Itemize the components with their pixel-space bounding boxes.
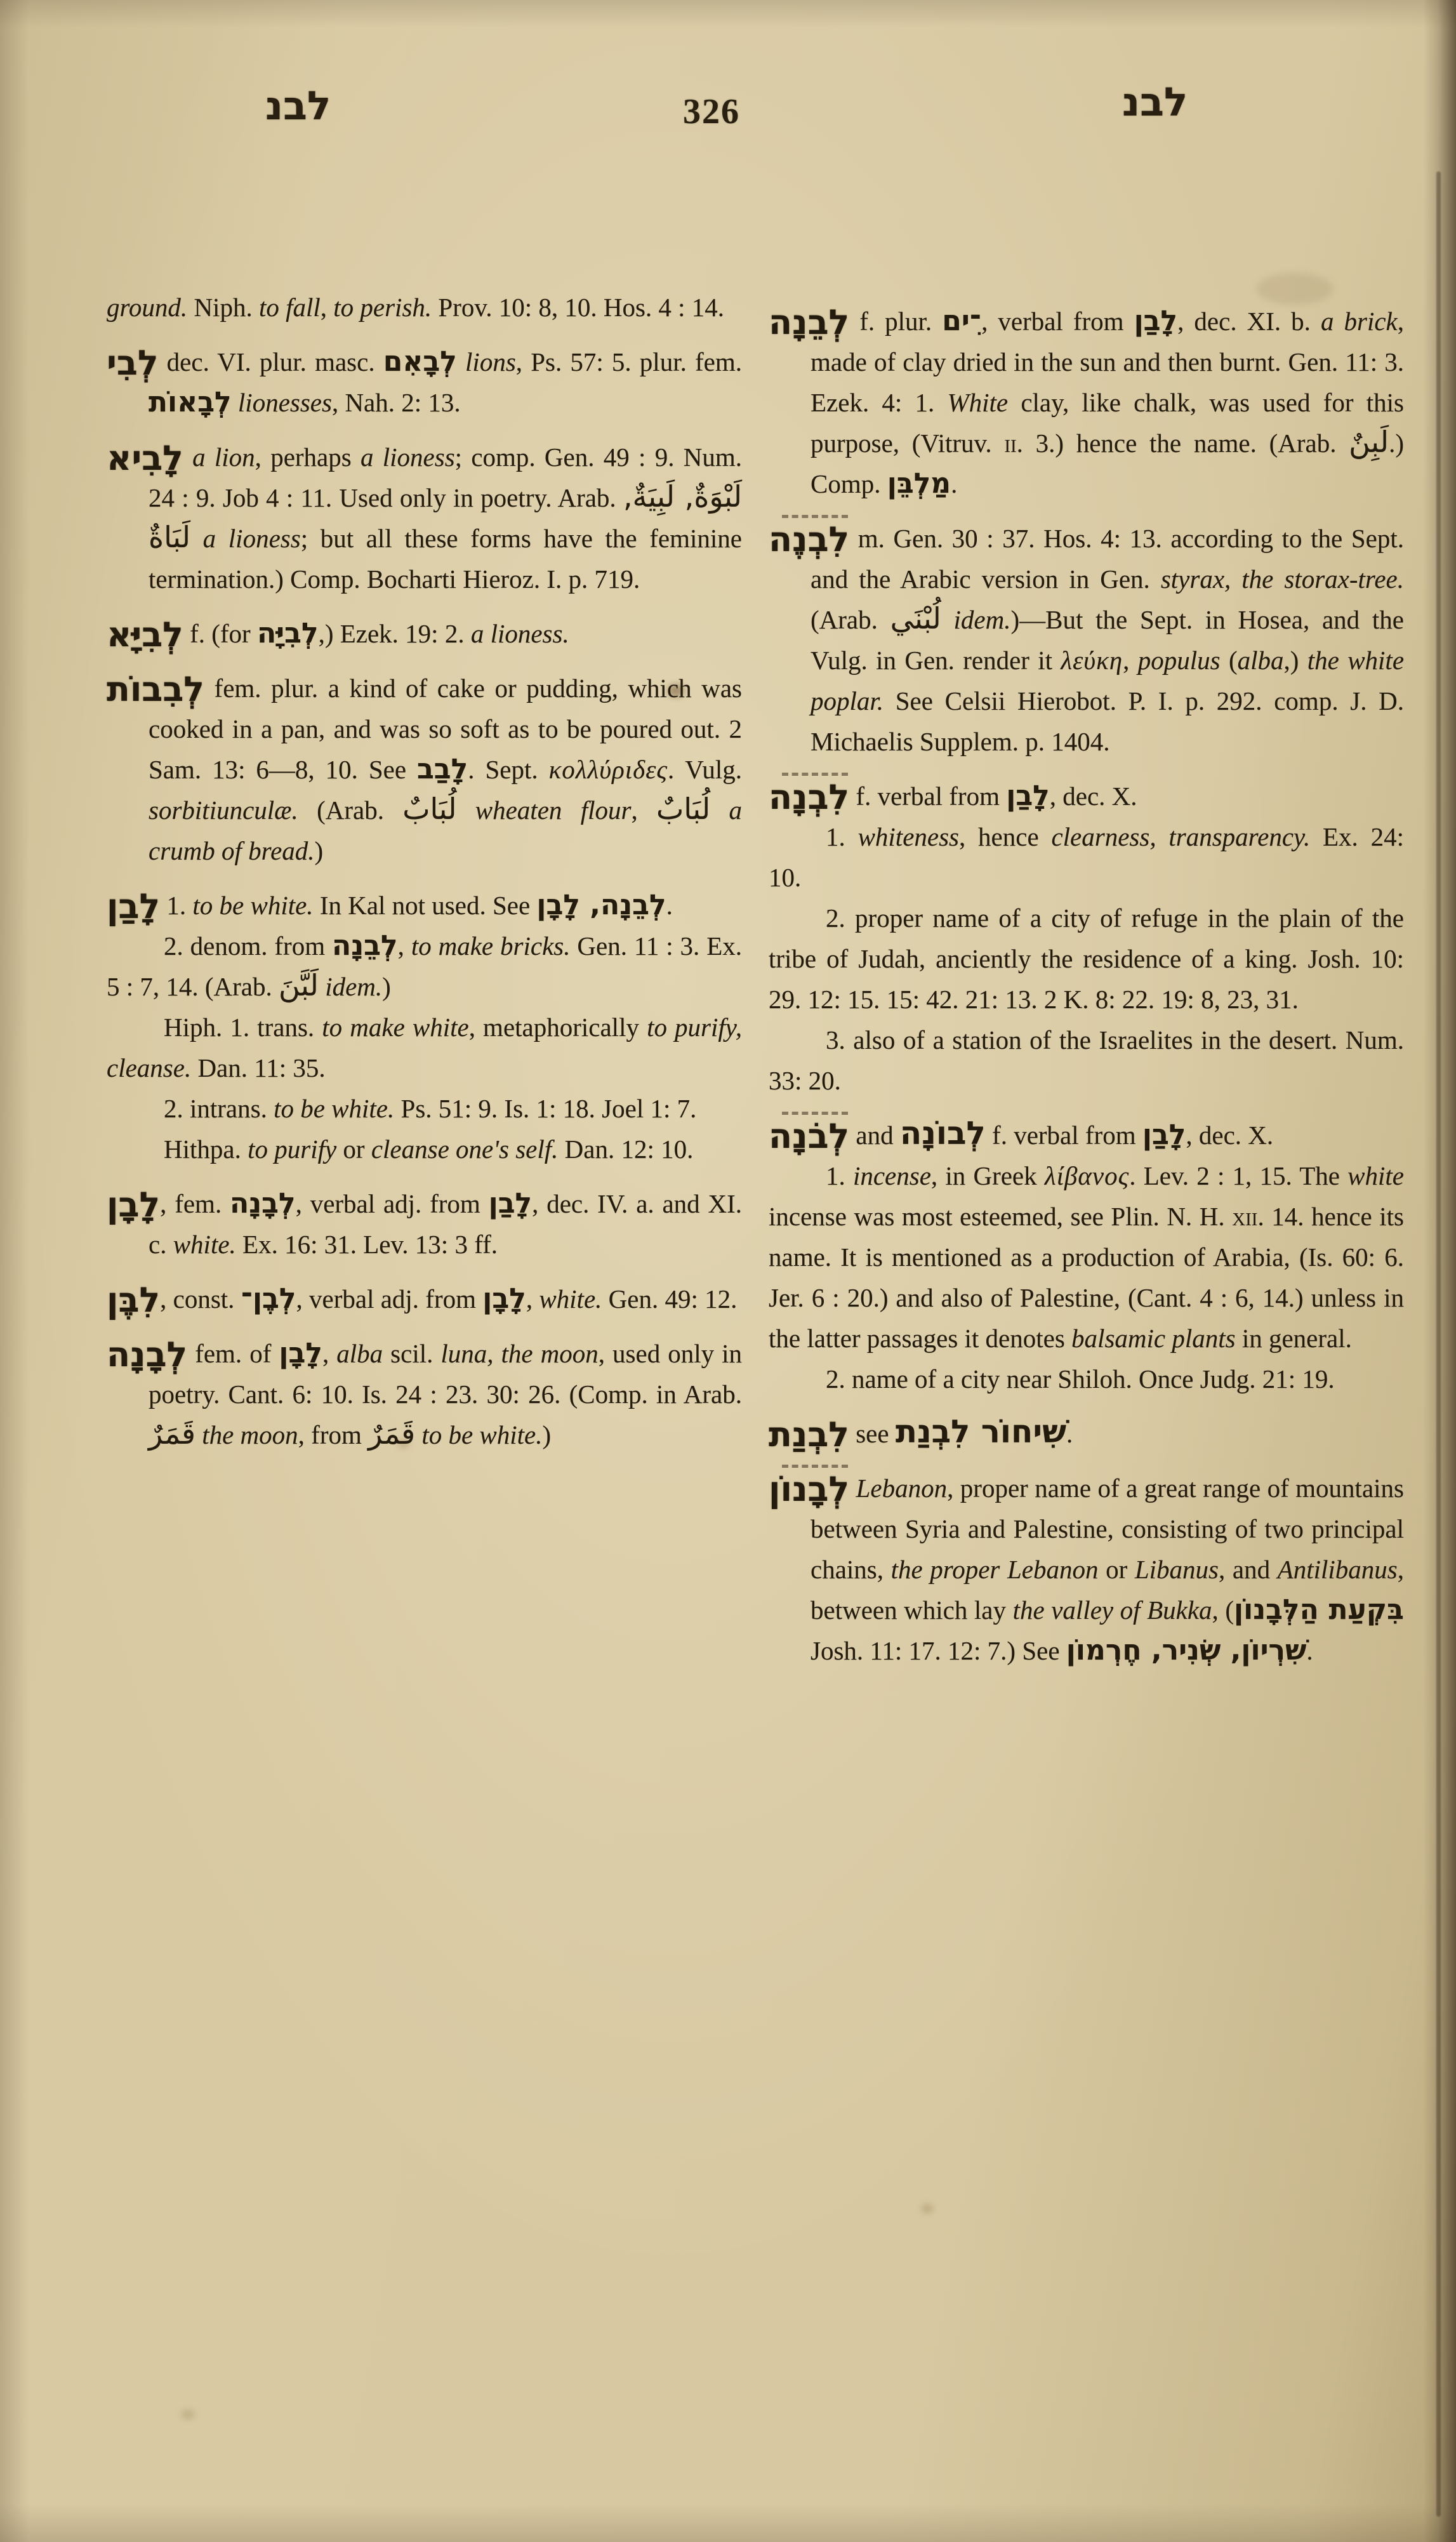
body-text: In Kal not used. See bbox=[314, 891, 537, 920]
hebrew-text: ־ִים bbox=[942, 305, 981, 337]
body-text: , bbox=[322, 1339, 336, 1368]
hebrew-headword: לָבַן bbox=[107, 889, 160, 924]
body-text: Hiph. 1. trans. bbox=[164, 1013, 322, 1042]
body-text: 3. also of a station of the Israelites i… bbox=[769, 1025, 1404, 1095]
italic-text: ground. bbox=[107, 293, 187, 322]
italic-text: a lioness. bbox=[471, 619, 569, 648]
body-text: 1. bbox=[160, 891, 192, 920]
body-text: , perhaps bbox=[255, 443, 361, 472]
italic-text: a lioness bbox=[361, 443, 455, 472]
hebrew-text: לְבָנָה bbox=[230, 1187, 296, 1220]
italic-text: luna, the moon bbox=[440, 1339, 598, 1368]
body-text: Ps. 51: 9. Is. 1: 18. Joel 1: 7. bbox=[394, 1094, 696, 1123]
arabic-text: قَمَرٌ bbox=[149, 1416, 195, 1451]
page-edge-shadow-right bbox=[1423, 0, 1456, 2542]
hebrew-text: לְבֶן־ bbox=[241, 1282, 296, 1315]
body-text: ) bbox=[315, 836, 324, 865]
hebrew-text: לְבֵנָה bbox=[332, 929, 398, 962]
body-text: Ex. 16: 31. Lev. 13: 3 ff. bbox=[236, 1230, 498, 1259]
hebrew-phrase-large: שִׁיחוֹר לִבְנַת bbox=[896, 1413, 1066, 1450]
sub-paragraph: 2. intrans. to be white. Ps. 51: 9. Is. … bbox=[107, 1088, 742, 1129]
dictionary-entry: לְבִבוֹת fem. plur. a kind of cake or pu… bbox=[107, 668, 742, 871]
hebrew-text: בִּקְעַת הַלְּבָנוֹן bbox=[1234, 1594, 1404, 1626]
hebrew-headword: לְבִיָּא bbox=[107, 618, 183, 652]
body-text: , bbox=[1123, 646, 1138, 675]
body-text: 2. proper name of a city of refuge in th… bbox=[769, 903, 1404, 1014]
hebrew-headword: לְבָנוֹן bbox=[769, 1472, 849, 1507]
italic-text: lionesses bbox=[238, 388, 332, 417]
body-text: 1. bbox=[826, 1161, 853, 1190]
dictionary-entry: לִבֶּן, const. לְבֶן־, verbal adj. from … bbox=[107, 1279, 742, 1319]
italic-text: a lion bbox=[192, 443, 255, 472]
italic-text: the proper Lebanon bbox=[891, 1555, 1099, 1584]
body-text: scil. bbox=[383, 1339, 440, 1368]
dictionary-entry: לְבָנָה fem. of לָבָן, alba scil. luna, … bbox=[107, 1333, 742, 1455]
body-text: , dec. X. bbox=[1186, 1121, 1273, 1150]
italic-text: Lebanon bbox=[856, 1474, 948, 1503]
continuation-paragraph: ground. Niph. to fall, to perish. Prov. … bbox=[107, 287, 742, 328]
hebrew-text: מַלְבֵּן bbox=[887, 467, 951, 500]
body-text: . bbox=[666, 891, 673, 920]
italic-text: populus bbox=[1138, 646, 1221, 675]
body-text: , dec. XI. b. bbox=[1177, 307, 1321, 336]
italic-text: sorbitiunculæ. bbox=[149, 795, 298, 825]
arabic-text: لُبْنَي bbox=[890, 601, 941, 635]
paper-stain bbox=[922, 2204, 933, 2213]
sub-paragraph: 1. whiteness, hence clearness, transpare… bbox=[769, 816, 1404, 898]
hebrew-text: לָבַב bbox=[417, 753, 468, 785]
hebrew-text: לָבַן bbox=[1006, 780, 1050, 812]
dictionary-entry: לִבְנָה f. verbal from לָבַן, dec. X. bbox=[769, 776, 1404, 816]
body-text: Dan. 12: 10. bbox=[558, 1135, 693, 1164]
body-text: . bbox=[1066, 1419, 1073, 1448]
body-text: f. verbal from bbox=[986, 1121, 1142, 1150]
hebrew-headword: לִבְנַת bbox=[769, 1418, 849, 1452]
body-text bbox=[457, 347, 465, 376]
body-text: ) bbox=[543, 1420, 552, 1449]
body-text bbox=[941, 605, 954, 634]
body-text bbox=[195, 1420, 202, 1449]
paper-stain bbox=[182, 2410, 194, 2419]
italic-text: the valley of Bukka bbox=[1013, 1595, 1212, 1625]
italic-text: a lioness bbox=[203, 524, 301, 553]
body-text: ,) Ezek. 19: 2. bbox=[319, 619, 471, 648]
hebrew-headword: לְבֹנָה bbox=[769, 1119, 849, 1154]
body-text: 1. bbox=[826, 822, 858, 851]
body-text: , fem. bbox=[160, 1189, 230, 1218]
body-text: , hence bbox=[959, 822, 1051, 851]
italic-text: White bbox=[947, 388, 1008, 417]
hebrew-text: לְבָאִם bbox=[383, 345, 457, 378]
italic-text: Antilibanus bbox=[1278, 1555, 1398, 1584]
italic-text: alba bbox=[336, 1339, 383, 1368]
italic-text: to make bricks. bbox=[411, 931, 571, 961]
dictionary-entry: לָבָן, fem. לְבָנָה, verbal adj. from לָ… bbox=[107, 1183, 742, 1265]
body-text: , dec. X. bbox=[1050, 782, 1137, 811]
dictionary-entry: לָבַן 1. to be white. In Kal not used. S… bbox=[107, 885, 742, 926]
body-text bbox=[319, 972, 325, 1001]
sub-paragraph: 2. denom. from לְבֵנָה, to make bricks. … bbox=[107, 926, 742, 1007]
body-text: , and bbox=[1219, 1555, 1278, 1584]
hebrew-text: לָבַן bbox=[1142, 1119, 1186, 1151]
body-text: Gen. 49: 12. bbox=[602, 1284, 737, 1314]
hebrew-text: לְבֵנָה, לָבָן bbox=[536, 889, 666, 921]
body-text: , bbox=[321, 293, 334, 322]
hebrew-headword: לָבִיא bbox=[107, 441, 183, 476]
body-text: dec. VI. plur. masc. bbox=[159, 347, 383, 376]
hebrew-text: שִׁרְיוֹן, שְׂנִיר, חֶרְמוֹן bbox=[1066, 1634, 1307, 1667]
body-text: , const. bbox=[160, 1284, 241, 1314]
body-text: 2. intrans. bbox=[164, 1094, 274, 1123]
greek-text: λεύκη bbox=[1061, 646, 1123, 675]
italic-text: incense bbox=[853, 1161, 931, 1190]
body-text: See Celsii Hierobot. P. I. p. 292. comp.… bbox=[811, 686, 1404, 756]
page-number: 326 bbox=[683, 94, 740, 130]
italic-text: idem. bbox=[954, 605, 1011, 634]
italic-text: white. bbox=[173, 1230, 236, 1259]
italic-text: a brick bbox=[1321, 307, 1398, 336]
italic-text: cleanse one's self. bbox=[371, 1135, 559, 1164]
dictionary-entry: לָבִיא a lion, perhaps a lioness; comp. … bbox=[107, 437, 742, 599]
dictionary-entry: לְבֹנָה and לְבוֹנָה f. verbal from לָבַ… bbox=[769, 1115, 1404, 1155]
body-text bbox=[183, 443, 192, 472]
body-text: . bbox=[1306, 1636, 1313, 1665]
dictionary-entry: לְבִי dec. VI. plur. masc. לְבָאִם lions… bbox=[107, 342, 742, 423]
hebrew-headword: לְבִי bbox=[107, 346, 159, 380]
italic-text: wheaten flour bbox=[475, 795, 632, 825]
italic-text: Libanus bbox=[1135, 1555, 1219, 1584]
binding-edge-line bbox=[1436, 171, 1441, 2517]
body-text: , bbox=[398, 931, 411, 961]
italic-text: to be white. bbox=[192, 891, 313, 920]
body-text bbox=[456, 795, 475, 825]
italic-text: to be white. bbox=[274, 1094, 394, 1123]
hebrew-headword: לִבְנֶה bbox=[769, 522, 849, 557]
page-edge-shadow-top bbox=[0, 0, 1456, 28]
greek-text: λίβανος bbox=[1045, 1161, 1129, 1190]
italic-text: to purify bbox=[248, 1135, 336, 1164]
right-column: לְבֵנָה f. plur. ־ִים, verbal from לָבַן… bbox=[769, 287, 1404, 1671]
body-text: f. verbal from bbox=[849, 782, 1006, 811]
book-page: לבנ 326 לבנ ground. Niph. to fall, to pe… bbox=[0, 0, 1456, 2542]
body-text: , bbox=[526, 1284, 539, 1314]
arabic-text: لُبَابٌ bbox=[656, 792, 710, 826]
dictionary-entry: לְבִיָּא f. (for לְבִיָּה,) Ezek. 19: 2.… bbox=[107, 613, 742, 654]
body-text bbox=[190, 524, 203, 553]
body-text: or bbox=[336, 1135, 371, 1164]
body-text bbox=[232, 388, 238, 417]
sub-paragraph: 2. name of a city near Shiloh. Once Judg… bbox=[769, 1359, 1404, 1399]
text-columns: ground. Niph. to fall, to perish. Prov. … bbox=[107, 287, 1404, 1671]
italic-text: whiteness bbox=[858, 822, 959, 851]
body-text: ( bbox=[1221, 646, 1238, 675]
body-text: ) bbox=[382, 972, 391, 1001]
body-text: in general. bbox=[1236, 1324, 1352, 1353]
smallcaps-text: ii. bbox=[1004, 429, 1023, 458]
italic-text: clearness, transparency. bbox=[1051, 822, 1310, 851]
body-text: or bbox=[1099, 1555, 1135, 1584]
body-text: fem. of bbox=[187, 1339, 279, 1368]
body-text: . Vulg. bbox=[668, 755, 742, 784]
body-text: , metaphorically bbox=[469, 1013, 647, 1042]
body-text: and bbox=[849, 1121, 900, 1150]
italic-text: white bbox=[1347, 1161, 1404, 1190]
left-column: ground. Niph. to fall, to perish. Prov. … bbox=[107, 287, 742, 1671]
arabic-text: لَبَّنَ bbox=[279, 968, 319, 1002]
body-text: (Arab. bbox=[811, 605, 890, 634]
body-text: . Lev. 2 : 1, 15. The bbox=[1129, 1161, 1347, 1190]
hebrew-text: לְבִיָּה bbox=[257, 617, 319, 649]
hebrew-phrase-large: לְבוֹנָה bbox=[900, 1115, 986, 1152]
italic-text: balsamic plants bbox=[1071, 1324, 1236, 1353]
hebrew-text: לָבָן bbox=[482, 1282, 526, 1315]
italic-text: white. bbox=[539, 1284, 602, 1314]
italic-text: alba bbox=[1238, 646, 1284, 675]
sub-paragraph: Hiph. 1. trans. to make white, metaphori… bbox=[107, 1007, 742, 1088]
hebrew-headword: לִבֶּן bbox=[107, 1283, 160, 1317]
italic-text: lions bbox=[465, 347, 516, 376]
page-edge-shadow-left bbox=[0, 0, 29, 2542]
italic-text: to fall bbox=[259, 293, 321, 322]
hebrew-headword: לְבָנָה bbox=[107, 1338, 187, 1372]
sub-paragraph: Hithpa. to purify or cleanse one's self.… bbox=[107, 1129, 742, 1169]
greek-text: κολλύριδες bbox=[549, 755, 668, 784]
hebrew-headword: לִבְנָה bbox=[769, 780, 849, 815]
italic-text: to make white bbox=[322, 1013, 468, 1042]
hebrew-headword: לָבָן bbox=[107, 1188, 160, 1222]
body-text bbox=[710, 795, 729, 825]
body-text: 2. name of a city near Shiloh. Once Judg… bbox=[826, 1364, 1335, 1394]
body-text bbox=[849, 1474, 856, 1503]
body-text: , verbal adj. from bbox=[296, 1284, 483, 1314]
body-text: 2. denom. from bbox=[164, 931, 332, 961]
left-catchword: לבנ bbox=[265, 86, 331, 126]
body-text: ,) bbox=[1284, 646, 1307, 675]
body-text: . Sept. bbox=[468, 755, 548, 784]
dictionary-entry: לִבְנַת see שִׁיחוֹר לִבְנַת. bbox=[769, 1413, 1404, 1454]
italic-text: the moon bbox=[202, 1420, 298, 1449]
body-text: Dan. 11: 35. bbox=[191, 1053, 325, 1082]
sub-paragraph: 2. proper name of a city of refuge in th… bbox=[769, 898, 1404, 1020]
sub-paragraph: 3. also of a station of the Israelites i… bbox=[769, 1020, 1404, 1101]
body-text: (Arab. bbox=[298, 795, 402, 825]
hebrew-headword: לְבִבוֹת bbox=[107, 672, 204, 707]
body-text bbox=[415, 1420, 421, 1449]
body-text: . bbox=[951, 469, 957, 498]
arabic-text: قَمَرٌ bbox=[368, 1416, 415, 1451]
body-text: Josh. 11: 17. 12: 7.) See bbox=[811, 1636, 1066, 1665]
hebrew-text: לָבַן bbox=[1134, 305, 1178, 337]
smallcaps-text: xii. bbox=[1232, 1202, 1264, 1231]
italic-text: to perish. bbox=[333, 293, 432, 322]
hebrew-text: לָבַן bbox=[489, 1187, 533, 1220]
dictionary-entry: לִבְנֶה m. Gen. 30 : 37. Hos. 4: 13. acc… bbox=[769, 518, 1404, 762]
body-text: , bbox=[631, 795, 656, 825]
dictionary-entry: לְבָנוֹן Lebanon, proper name of a great… bbox=[769, 1468, 1404, 1671]
page-edge-shadow-bottom bbox=[0, 2504, 1456, 2542]
body-text: , from bbox=[298, 1420, 368, 1449]
dictionary-entry: לְבֵנָה f. plur. ־ִים, verbal from לָבַן… bbox=[769, 301, 1404, 504]
right-catchword: לבנ bbox=[1122, 83, 1188, 122]
body-text: , in Greek bbox=[931, 1161, 1045, 1190]
sub-paragraph: 1. incense, in Greek λίβανος. Lev. 2 : 1… bbox=[769, 1155, 1404, 1359]
hebrew-text: לְבָאוֹת bbox=[149, 386, 232, 418]
body-text: , Ps. 57: 5. plur. fem. bbox=[516, 347, 742, 376]
body-text: f. (for bbox=[183, 619, 257, 648]
body-text: incense was most esteemed, see Plin. N. … bbox=[769, 1202, 1232, 1231]
hebrew-headword: לְבֵנָה bbox=[769, 305, 849, 340]
body-text: Niph. bbox=[187, 293, 259, 322]
arabic-text: لُبَابٌ bbox=[402, 792, 456, 826]
hebrew-text: לָבָן bbox=[279, 1337, 322, 1369]
body-text: f. plur. bbox=[849, 307, 942, 336]
body-text: Hithpa. bbox=[164, 1135, 248, 1164]
body-text: , verbal adj. from bbox=[296, 1189, 489, 1218]
body-text: Prov. 10: 8, 10. Hos. 4 : 14. bbox=[432, 293, 724, 322]
italic-text: styrax, the storax-tree. bbox=[1161, 564, 1404, 594]
arabic-text: لَبِنٌ bbox=[1349, 425, 1389, 459]
italic-text: idem. bbox=[325, 972, 382, 1001]
body-text: 3.) hence the name. (Arab. bbox=[1023, 429, 1349, 458]
body-text: , Nah. 2: 13. bbox=[332, 388, 461, 417]
italic-text: to be white. bbox=[421, 1420, 542, 1449]
body-text: , ( bbox=[1212, 1595, 1234, 1625]
body-text: see bbox=[849, 1419, 896, 1448]
body-text: , verbal from bbox=[981, 307, 1134, 336]
